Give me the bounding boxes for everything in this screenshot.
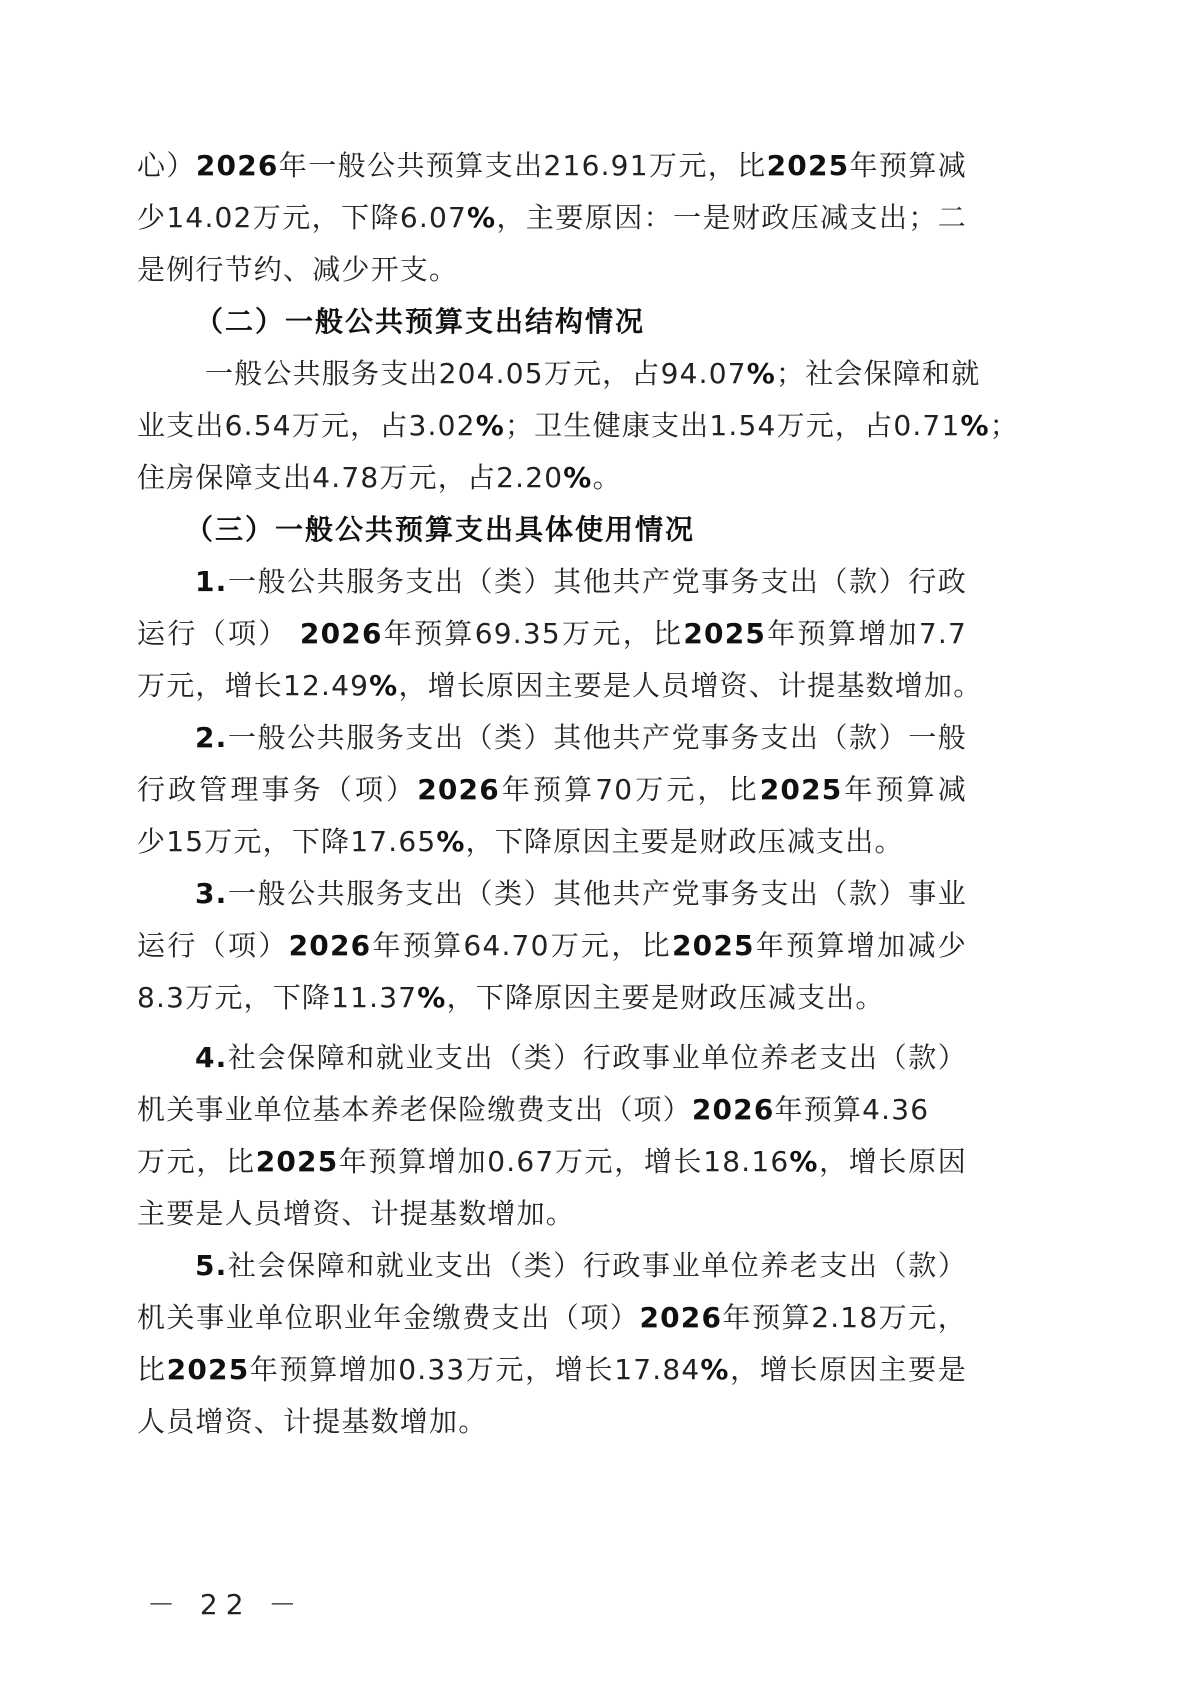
item-text: 社会保障和就业支出（类）行政事业单位养老支出（款）	[228, 1249, 967, 1282]
item-3-line-1: 3.一般公共服务支出（类）其他共产党事务支出（款）事业	[195, 872, 967, 916]
item-1-line-3: 万元，增长12.49%，增长原因主要是人员增资、计提基数增加。	[137, 664, 967, 708]
item-2-line-3: 少15万元，下降17.65%，下降原因主要是财政压减支出。	[137, 820, 967, 864]
paragraph-line: 少14.02万元，下降6.07%，主要原因：一是财政压减支出；二	[137, 196, 967, 240]
item-number: 5.	[195, 1249, 228, 1282]
paragraph-line: 业支出6.54万元，占3.02%；卫生健康支出1.54万元，占0.71%；	[137, 404, 967, 448]
page-number: － 22 －	[147, 1585, 304, 1625]
paragraph-line: 是例行节约、减少开支。	[137, 248, 967, 292]
item-5-line-4: 人员增资、计提基数增加。	[137, 1400, 967, 1444]
document-page: 心）2026年一般公共预算支出216.91万元，比2025年预算减 少14.02…	[0, 0, 1190, 1683]
item-3-line-2: 运行（项）2026年预算64.70万元，比2025年预算增加减少	[137, 924, 967, 968]
item-2-line-1: 2.一般公共服务支出（类）其他共产党事务支出（款）一般	[195, 716, 967, 760]
item-number: 2.	[195, 721, 228, 754]
item-5-line-1: 5.社会保障和就业支出（类）行政事业单位养老支出（款）	[195, 1244, 967, 1288]
item-5-line-3: 比2025年预算增加0.33万元，增长17.84%，增长原因主要是	[137, 1348, 967, 1392]
item-number: 3.	[195, 877, 228, 910]
item-4-line-1: 4.社会保障和就业支出（类）行政事业单位养老支出（款）	[195, 1036, 967, 1080]
item-4-line-2: 机关事业单位基本养老保险缴费支出（项）2026年预算4.36	[137, 1088, 967, 1132]
item-number: 1.	[195, 565, 228, 598]
paragraph-line: 住房保障支出4.78万元，占2.20%。	[137, 456, 967, 500]
item-2-line-2: 行政管理事务（项）2026年预算70万元，比2025年预算减	[137, 768, 967, 812]
item-4-line-3: 万元，比2025年预算增加0.67万元，增长18.16%，增长原因	[137, 1140, 967, 1184]
item-text: 一般公共服务支出（类）其他共产党事务支出（款）一般	[228, 721, 967, 754]
paragraph-line: 一般公共服务支出204.05万元，占94.07%；社会保障和就	[205, 352, 967, 396]
item-text: 社会保障和就业支出（类）行政事业单位养老支出（款）	[228, 1041, 967, 1074]
item-3-line-3: 8.3万元，下降11.37%，下降原因主要是财政压减支出。	[137, 976, 967, 1020]
item-1-line-2: 运行（项） 2026年预算69.35万元，比2025年预算增加7.7	[137, 612, 967, 656]
section-heading-structure: （二）一般公共预算支出结构情况	[195, 300, 1025, 344]
section-heading-usage: （三）一般公共预算支出具体使用情况	[185, 508, 1015, 552]
item-number: 4.	[195, 1041, 228, 1074]
item-1-line-1: 1.一般公共服务支出（类）其他共产党事务支出（款）行政	[195, 560, 967, 604]
item-4-line-4: 主要是人员增资、计提基数增加。	[137, 1192, 967, 1236]
item-5-line-2: 机关事业单位职业年金缴费支出（项）2026年预算2.18万元，	[137, 1296, 967, 1340]
paragraph-line: 心）2026年一般公共预算支出216.91万元，比2025年预算减	[137, 144, 967, 188]
item-text: 一般公共服务支出（类）其他共产党事务支出（款）行政	[228, 565, 967, 598]
item-text: 一般公共服务支出（类）其他共产党事务支出（款）事业	[228, 877, 967, 910]
